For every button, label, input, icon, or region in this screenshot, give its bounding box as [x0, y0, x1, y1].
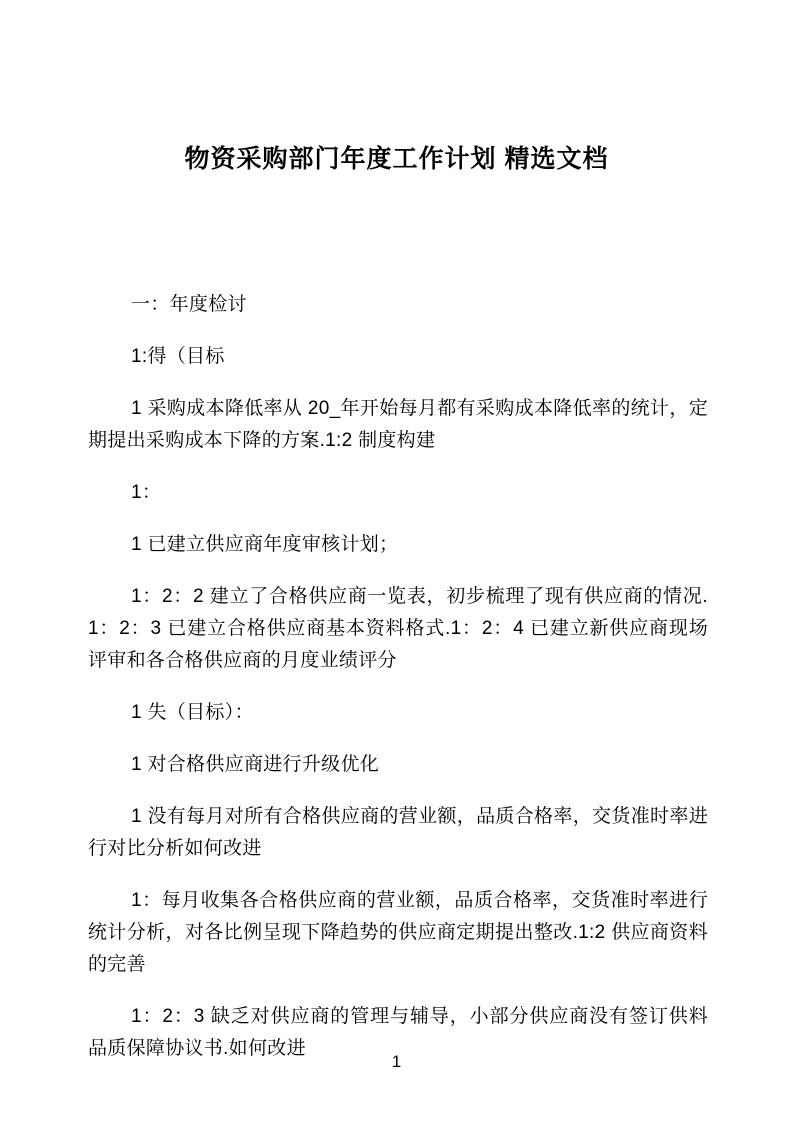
paragraph-section-heading: 一：年度检讨: [88, 289, 708, 321]
paragraph: 1:得（目标: [88, 341, 708, 373]
paragraph: 1：2：2 建立了合格供应商一览表，初步梳理了现有供应商的情况.1：2：3 已建…: [88, 581, 708, 677]
paragraph: 1 失（目标）：: [88, 697, 708, 729]
paragraph: 1：: [88, 477, 708, 509]
paragraph: 1 已建立供应商年度审核计划；: [88, 529, 708, 561]
paragraph: 1 对合格供应商进行升级优化: [88, 749, 708, 781]
paragraph: 1 没有每月对所有合格供应商的营业额，品质合格率，交货准时率进行对比分析如何改进: [88, 801, 708, 865]
document-page: 物资采购部门年度工作计划 精选文档 一：年度检讨 1:得（目标 1 采购成本降低…: [0, 0, 793, 1122]
paragraph: 1 采购成本降低率从 20_年开始每月都有采购成本降低率的统计，定期提出采购成本…: [88, 393, 708, 457]
document-title: 物资采购部门年度工作计划 精选文档: [0, 139, 793, 175]
paragraph: 1：每月收集各合格供应商的营业额，品质合格率，交货准时率进行统计分析，对各比例呈…: [88, 885, 708, 981]
document-body: 一：年度检讨 1:得（目标 1 采购成本降低率从 20_年开始每月都有采购成本降…: [88, 289, 708, 1085]
page-number: 1: [0, 1052, 793, 1072]
